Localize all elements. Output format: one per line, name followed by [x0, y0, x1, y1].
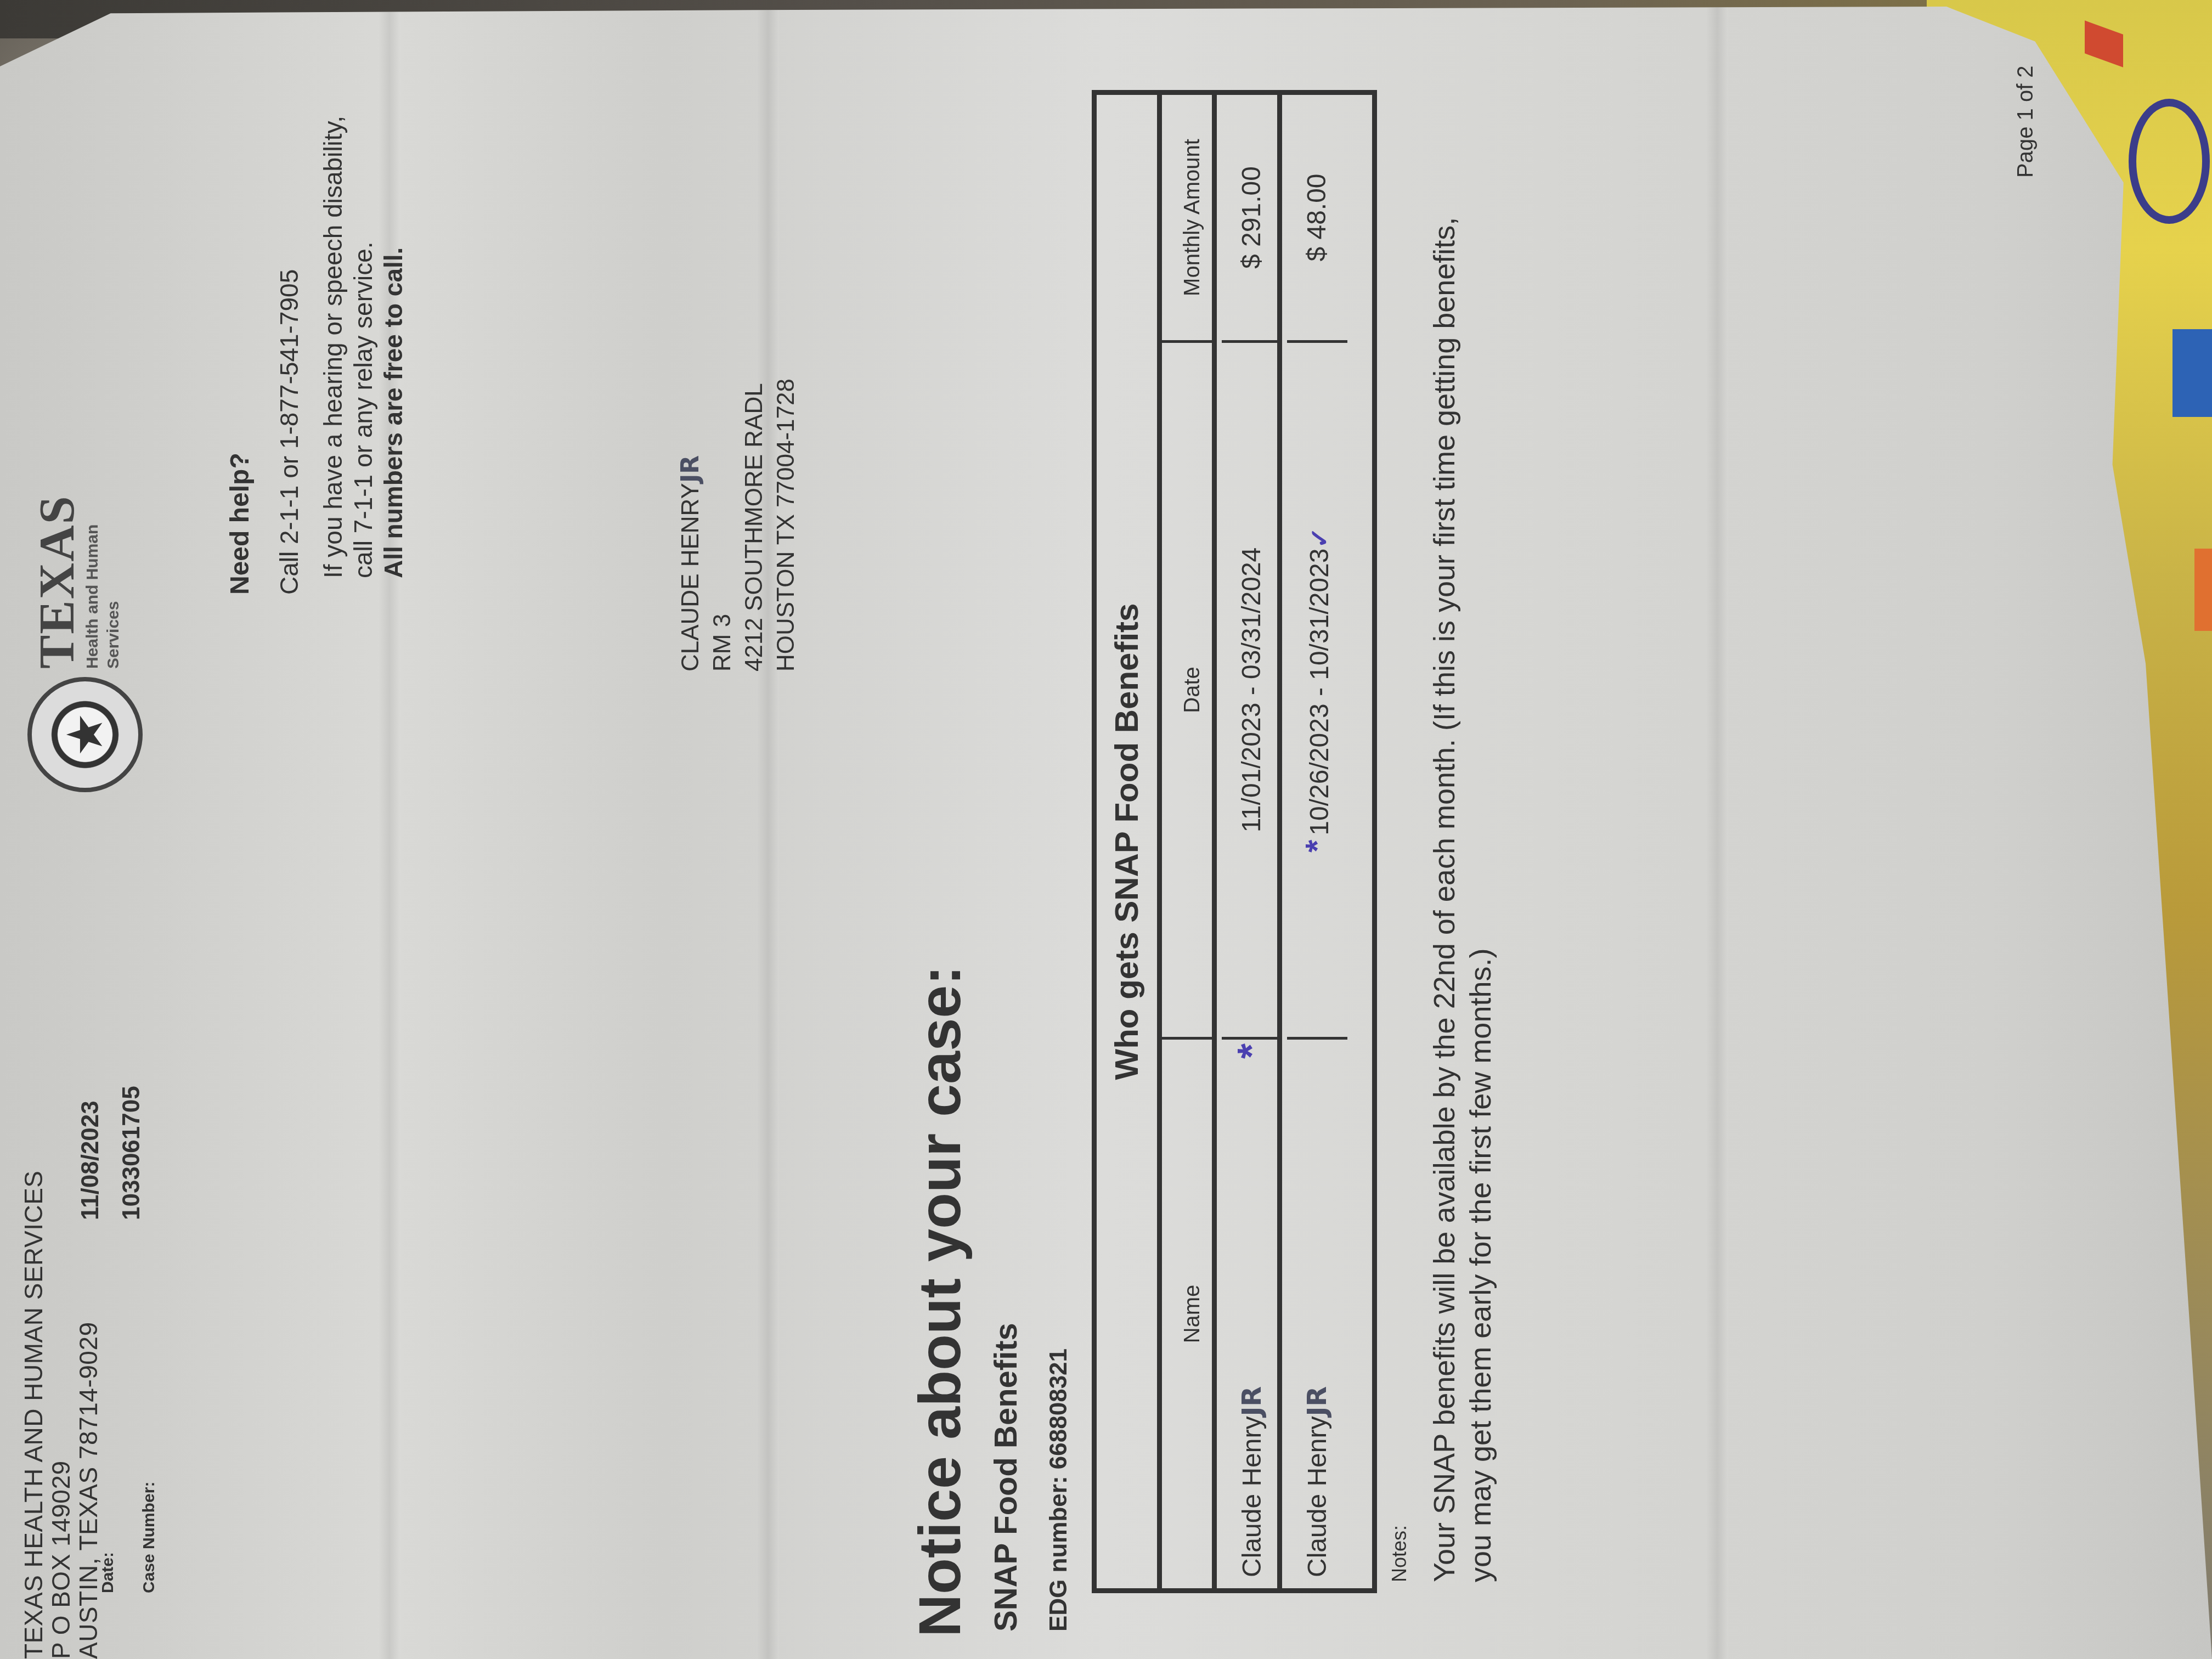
snap-benefits-table: Who gets SNAP Food Benefits Name Date Mo…: [1092, 90, 1377, 1593]
page-number: Page 1 of 2: [2013, 65, 2038, 178]
column-header-date: Date: [1162, 343, 1217, 1040]
edg-value: 668808321: [1045, 1348, 1072, 1469]
pen-asterisk-mark: *: [1299, 840, 1335, 853]
table-row-1-date: *11/01/2023 - 03/31/2024: [1222, 343, 1282, 1040]
notes-line-2: you may get them early for the first few…: [1463, 217, 1499, 1582]
help-phone-line: Call 2-1-1 or 1-877-541-7905: [274, 269, 304, 595]
logo-subtitle: Health and Human Services: [82, 524, 124, 669]
notes-label: Notes:: [1388, 1525, 1411, 1582]
table-title: Who gets SNAP Food Benefits: [1097, 95, 1162, 1588]
edg-label: EDG number:: [1045, 1476, 1072, 1632]
recipient-street: 4212 SOUTHMORE RADL: [738, 379, 770, 672]
handwritten-jr: JR: [1302, 1386, 1333, 1417]
column-header-amount: Monthly Amount: [1162, 95, 1217, 343]
logo-subtitle-line-2: Services: [103, 524, 124, 669]
notes-text: Your SNAP benefits will be available by …: [1426, 217, 1499, 1582]
notice-title: Notice about your case:: [905, 966, 974, 1637]
pen-asterisk-mark: *: [1222, 1043, 1282, 1059]
recipient-address: CLAUDE HENRYJR RM 3 4212 SOUTHMORE RADL …: [675, 379, 802, 672]
agency-name: TEXAS HEALTH AND HUMAN SERVICES: [20, 1170, 47, 1659]
hhs-logo: ★ TEXAS Health and Human Services: [27, 474, 148, 792]
recipient-name: CLAUDE HENRYJR: [675, 379, 707, 672]
column-header-name: Name: [1162, 1040, 1217, 1588]
table-row-1-amount: $ 291.00: [1222, 95, 1282, 343]
case-number-label: Case Number:: [140, 1482, 159, 1593]
recipient-room: RM 3: [707, 379, 738, 672]
table-row-2-amount: $ 48.00: [1287, 95, 1347, 343]
date-label: Date:: [99, 1552, 117, 1593]
pen-check-mark: ✓: [1305, 527, 1334, 549]
help-free-line: All numbers are free to call.: [379, 247, 408, 578]
texas-star-seal-icon: ★: [27, 677, 143, 792]
notes-line-1: Your SNAP benefits will be available by …: [1426, 217, 1463, 1582]
handwritten-jr: JR: [1237, 1386, 1267, 1417]
notice-subtitle: SNAP Food Benefits: [988, 1323, 1024, 1632]
need-help-heading: Need help?: [225, 453, 255, 595]
table-row-2-date: *10/26/2023 - 10/31/2023✓: [1287, 343, 1347, 1040]
recipient-city: HOUSTON TX 77004-1728: [770, 379, 802, 672]
agency-city: AUSTIN, TEXAS 78714-9029: [75, 1170, 102, 1659]
agency-address-block: TEXAS HEALTH AND HUMAN SERVICES P O BOX …: [20, 1170, 102, 1659]
logo-subtitle-line-1: Health and Human: [82, 524, 103, 669]
case-number-value: 1033061705: [118, 1086, 145, 1220]
edg-number: EDG number: 668808321: [1045, 1348, 1073, 1632]
date-value: 11/08/2023: [77, 1101, 104, 1220]
help-hearing-line-1: If you have a hearing or speech disabili…: [318, 116, 348, 578]
agency-po-box: P O BOX 149029: [47, 1170, 75, 1659]
notice-document: TEXAS HEALTH AND HUMAN SERVICES P O BOX …: [0, 0, 2212, 1659]
table-row-2-name: Claude HenryJR: [1287, 1040, 1347, 1588]
help-hearing-line-2: call 7-1-1 or any relay service.: [348, 241, 378, 578]
table-row-1-name: Claude HenryJR: [1222, 1040, 1282, 1588]
logo-title: TEXAS: [27, 495, 86, 669]
handwritten-jr: JR: [676, 455, 704, 483]
